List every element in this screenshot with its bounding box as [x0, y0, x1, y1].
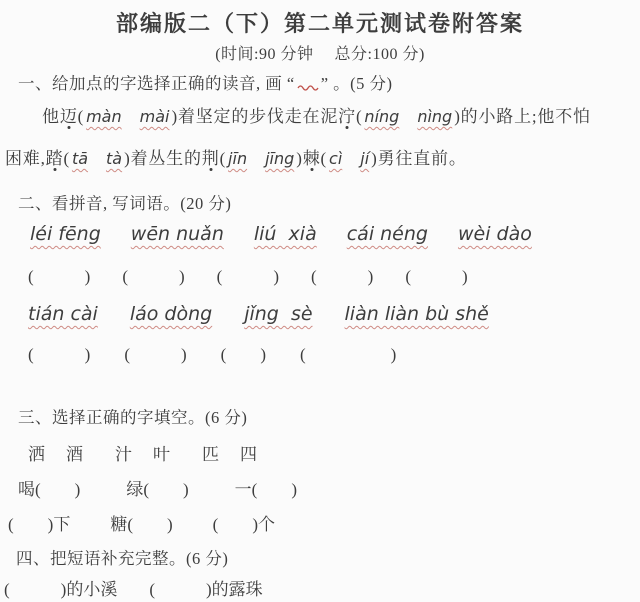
- text-segment: 的小路上;他不怕: [461, 102, 591, 127]
- pinyin-word: tián cài: [28, 303, 98, 325]
- section-1-heading-text: ” 。(5 分): [321, 70, 393, 94]
- pinyin-word: liàn liàn bù shě: [345, 303, 489, 325]
- answer-blank: ( ): [405, 262, 467, 287]
- fill-in-item: ( )个: [213, 510, 275, 535]
- character-choice-pair: 汁 叶: [115, 440, 172, 465]
- pinyin-word: cái néng: [347, 223, 428, 245]
- fill-in-item: 绿( ): [126, 475, 188, 500]
- section-3-heading: 三、选择正确的字填空。(6 分): [18, 404, 247, 428]
- character-choices-row: 洒 酒 汁 叶 匹 四: [28, 440, 259, 465]
- dotted-char: 泞: [338, 102, 356, 127]
- answer-blank: ( ): [217, 262, 279, 287]
- fill-in-item: ( )的小溪: [4, 575, 117, 600]
- dotted-char: 迈: [60, 102, 78, 127]
- text-segment: 他: [42, 102, 60, 127]
- text-segment: (: [78, 107, 84, 127]
- text-segment: 困难,: [5, 144, 46, 169]
- text-segment: 着丛生的: [131, 144, 202, 169]
- text-segment: (: [220, 149, 226, 169]
- answer-blank: ( ): [221, 340, 266, 365]
- pinyin-option: jīng: [265, 149, 294, 168]
- answer-blank: ( ): [311, 262, 373, 287]
- pinyin-word: wèi dào: [458, 223, 532, 245]
- pinyin-option: tà: [106, 149, 122, 168]
- pinyin-words-row-1: léi fēng wēn nuǎn liú xià cái néng wèi d…: [30, 223, 532, 245]
- pinyin-words-row-2: tián cài láo dòng jǐng sè liàn liàn bù s…: [28, 303, 489, 325]
- pinyin-option: níng: [364, 107, 399, 126]
- phrase-completion-row: ( )的小溪 ( )的露珠: [4, 575, 263, 600]
- answer-blank: ( ): [300, 340, 396, 365]
- section-1-heading-text: 一、给加点的字选择正确的读音, 画 “: [18, 70, 295, 94]
- pinyin-word: jǐng sè: [244, 303, 312, 325]
- pinyin-option: mài: [140, 107, 170, 126]
- answer-blank: ( ): [122, 262, 184, 287]
- pinyin-word: liú xià: [254, 223, 317, 245]
- pinyin-word: léi fēng: [30, 223, 101, 245]
- section-1-heading: 一、给加点的字选择正确的读音, 画 “ ” 。(5 分): [18, 70, 393, 94]
- dotted-char: 荆: [202, 144, 220, 169]
- pinyin-word: láo dòng: [130, 303, 212, 325]
- pinyin-option: jīn: [228, 149, 247, 168]
- pinyin-option: màn: [86, 107, 122, 126]
- character-choice-pair: 匹 四: [202, 440, 259, 465]
- answer-blank: ( ): [28, 340, 90, 365]
- character-choice-pair: 洒 酒: [28, 440, 85, 465]
- fill-in-row-2: ( )下 糖( ) ( )个: [8, 510, 275, 535]
- text-segment: 着坚定的步伐走在泥: [178, 102, 338, 127]
- section-4-heading: 四、把短语补充完整。(6 分): [16, 545, 228, 569]
- fill-in-item: ( )下: [8, 510, 70, 535]
- fill-in-item: 糖( ): [110, 510, 172, 535]
- fill-in-row-1: 喝( ) 绿( ) 一( ): [18, 475, 297, 500]
- pinyin-option: jí: [360, 149, 369, 168]
- answer-blank: ( ): [124, 340, 186, 365]
- dotted-char: 踏: [46, 144, 64, 169]
- section-2-heading: 二、看拼音, 写词语。(20 分): [18, 190, 231, 214]
- text-segment: 勇往直前。: [378, 144, 467, 169]
- pinyin-option: cì: [329, 149, 342, 168]
- pinyin-option: nìng: [417, 107, 452, 126]
- fill-in-item: ( )的露珠: [149, 575, 262, 600]
- test-paper-page: 部编版二（下）第二单元测试卷附答案 (时间:90 分钟 总分:100 分) 一、…: [0, 0, 640, 602]
- question-1-line-2: 困难, 踏 ( tā tà ) 着丛生的 荆 ( jīn jīng ) 棘 ( …: [5, 144, 467, 169]
- pinyin-word: wēn nuǎn: [131, 223, 224, 245]
- page-title: 部编版二（下）第二单元测试卷附答案: [0, 7, 640, 38]
- question-1-line-1: 他 迈 ( màn mài ) 着坚定的步伐走在泥 泞 ( níng nìng …: [42, 102, 591, 127]
- answer-blanks-row-2: ( ) ( ) ( ) ( ): [28, 340, 396, 365]
- text-segment: (: [356, 107, 362, 127]
- pinyin-option: tā: [72, 149, 88, 168]
- fill-in-item: 一( ): [235, 475, 297, 500]
- time-and-score-meta: (时间:90 分钟 总分:100 分): [0, 41, 640, 64]
- red-wavy-line-icon: [297, 82, 319, 91]
- answer-blank: ( ): [28, 262, 90, 287]
- answer-blanks-row-1: ( ) ( ) ( ) ( ) ( ): [28, 262, 468, 287]
- dotted-char: 棘: [303, 144, 321, 169]
- text-segment: (: [321, 149, 327, 169]
- fill-in-item: 喝( ): [18, 475, 80, 500]
- text-segment: (: [63, 149, 69, 169]
